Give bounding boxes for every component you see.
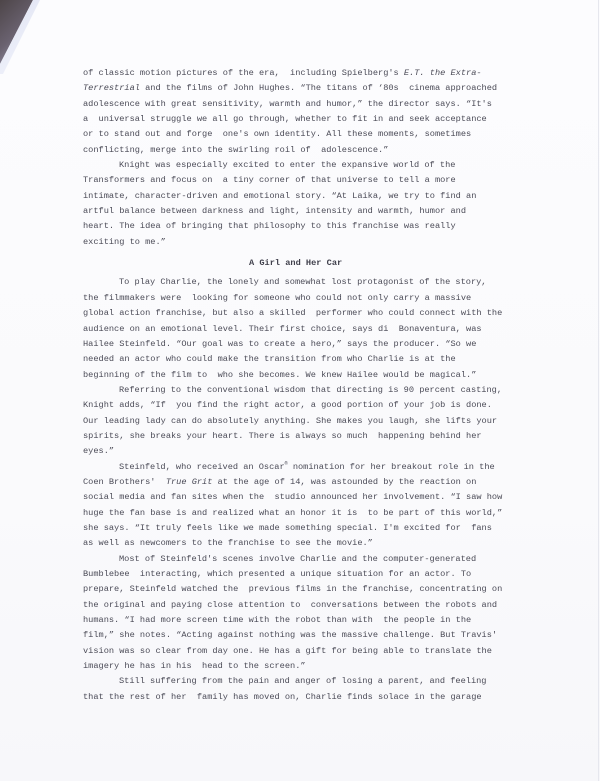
text-span: Coen Brothers' [83, 477, 166, 487]
text-line: social media and fan sites when the stud… [83, 490, 563, 505]
text-line: film,” she notes. “Acting against nothin… [83, 628, 563, 643]
text-line: a universal struggle we all go through, … [83, 112, 563, 127]
text-span: of classic motion pictures of the era, i… [83, 68, 404, 78]
text-line: Bumblebee interacting, which presented a… [83, 567, 563, 582]
text-line: prepare, Steinfeld watched the previous … [83, 582, 563, 597]
text-line: as well as newcomers to the franchise to… [83, 536, 563, 551]
text-line: vision was so clear from day one. He has… [83, 644, 563, 659]
text-span: nomination for her breakout role in the [288, 462, 495, 472]
text-line: audience on an emotional level. Their fi… [83, 322, 563, 337]
text-line: Coen Brothers' True Grit at the age of 1… [83, 475, 563, 490]
text-line: she says. “It truly feels like we made s… [83, 521, 563, 536]
text-line: the original and paying close attention … [83, 598, 563, 613]
text-line: Knight adds, “If you find the right acto… [83, 398, 563, 413]
text-line: humans. “I had more screen time with the… [83, 613, 563, 628]
text-span: Steinfeld, who received an Oscar [119, 462, 285, 472]
text-line: the filmmakers were looking for someone … [83, 291, 563, 306]
text-line: of classic motion pictures of the era, i… [83, 66, 563, 81]
paragraph-first-line: Knight was especially excited to enter t… [83, 158, 563, 173]
film-title-et: E.T. the Extra- [404, 68, 482, 78]
text-line: conflicting, merge into the swirling roi… [83, 143, 563, 158]
text-line: Hailee Steinfeld. “Our goal was to creat… [83, 337, 563, 352]
scanned-page: of classic motion pictures of the era, i… [0, 0, 600, 781]
text-line: eyes.” [83, 444, 563, 459]
text-line: Transformers and focus on a tiny corner … [83, 173, 563, 188]
text-line: that the rest of her family has moved on… [83, 690, 563, 705]
paragraph-first-line: Most of Steinfeld's scenes involve Charl… [83, 552, 563, 567]
document-body: of classic motion pictures of the era, i… [83, 66, 563, 705]
text-line: intimate, character-driven and emotional… [83, 189, 563, 204]
text-line: spirits, she breaks your heart. There is… [83, 429, 563, 444]
text-line: beginning of the film to who she becomes… [83, 368, 563, 383]
text-line: imagery he has in his head to the screen… [83, 659, 563, 674]
text-line: exciting to me.” [83, 235, 563, 250]
text-span: and the films of John Hughes. “The titan… [140, 83, 497, 93]
text-line: Terrestrial and the films of John Hughes… [83, 81, 563, 96]
text-line: needed an actor who could make the trans… [83, 352, 563, 367]
section-heading: A Girl and Her Car [83, 256, 563, 271]
text-line: global action franchise, but also a skil… [83, 306, 563, 321]
text-line: artful balance between darkness and ligh… [83, 204, 563, 219]
text-line: adolescence with great sensitivity, warm… [83, 97, 563, 112]
page-right-edge [598, 0, 599, 781]
paragraph-first-line: To play Charlie, the lonely and somewhat… [83, 275, 563, 290]
text-line: huge the fan base is and realized what a… [83, 506, 563, 521]
paragraph-first-line: Referring to the conventional wisdom tha… [83, 383, 563, 398]
paragraph-first-line: Still suffering from the pain and anger … [83, 674, 563, 689]
film-title-true-grit: True Grit [166, 477, 213, 487]
film-title-et-cont: Terrestrial [83, 83, 140, 93]
paragraph-first-line: Steinfeld, who received an Oscar® nomina… [83, 460, 563, 475]
text-line: or to stand out and forge one's own iden… [83, 127, 563, 142]
text-line: heart. The idea of bringing that philoso… [83, 219, 563, 234]
text-line: Our leading lady can do absolutely anyth… [83, 414, 563, 429]
text-span: at the age of 14, was astounded by the r… [212, 477, 476, 487]
